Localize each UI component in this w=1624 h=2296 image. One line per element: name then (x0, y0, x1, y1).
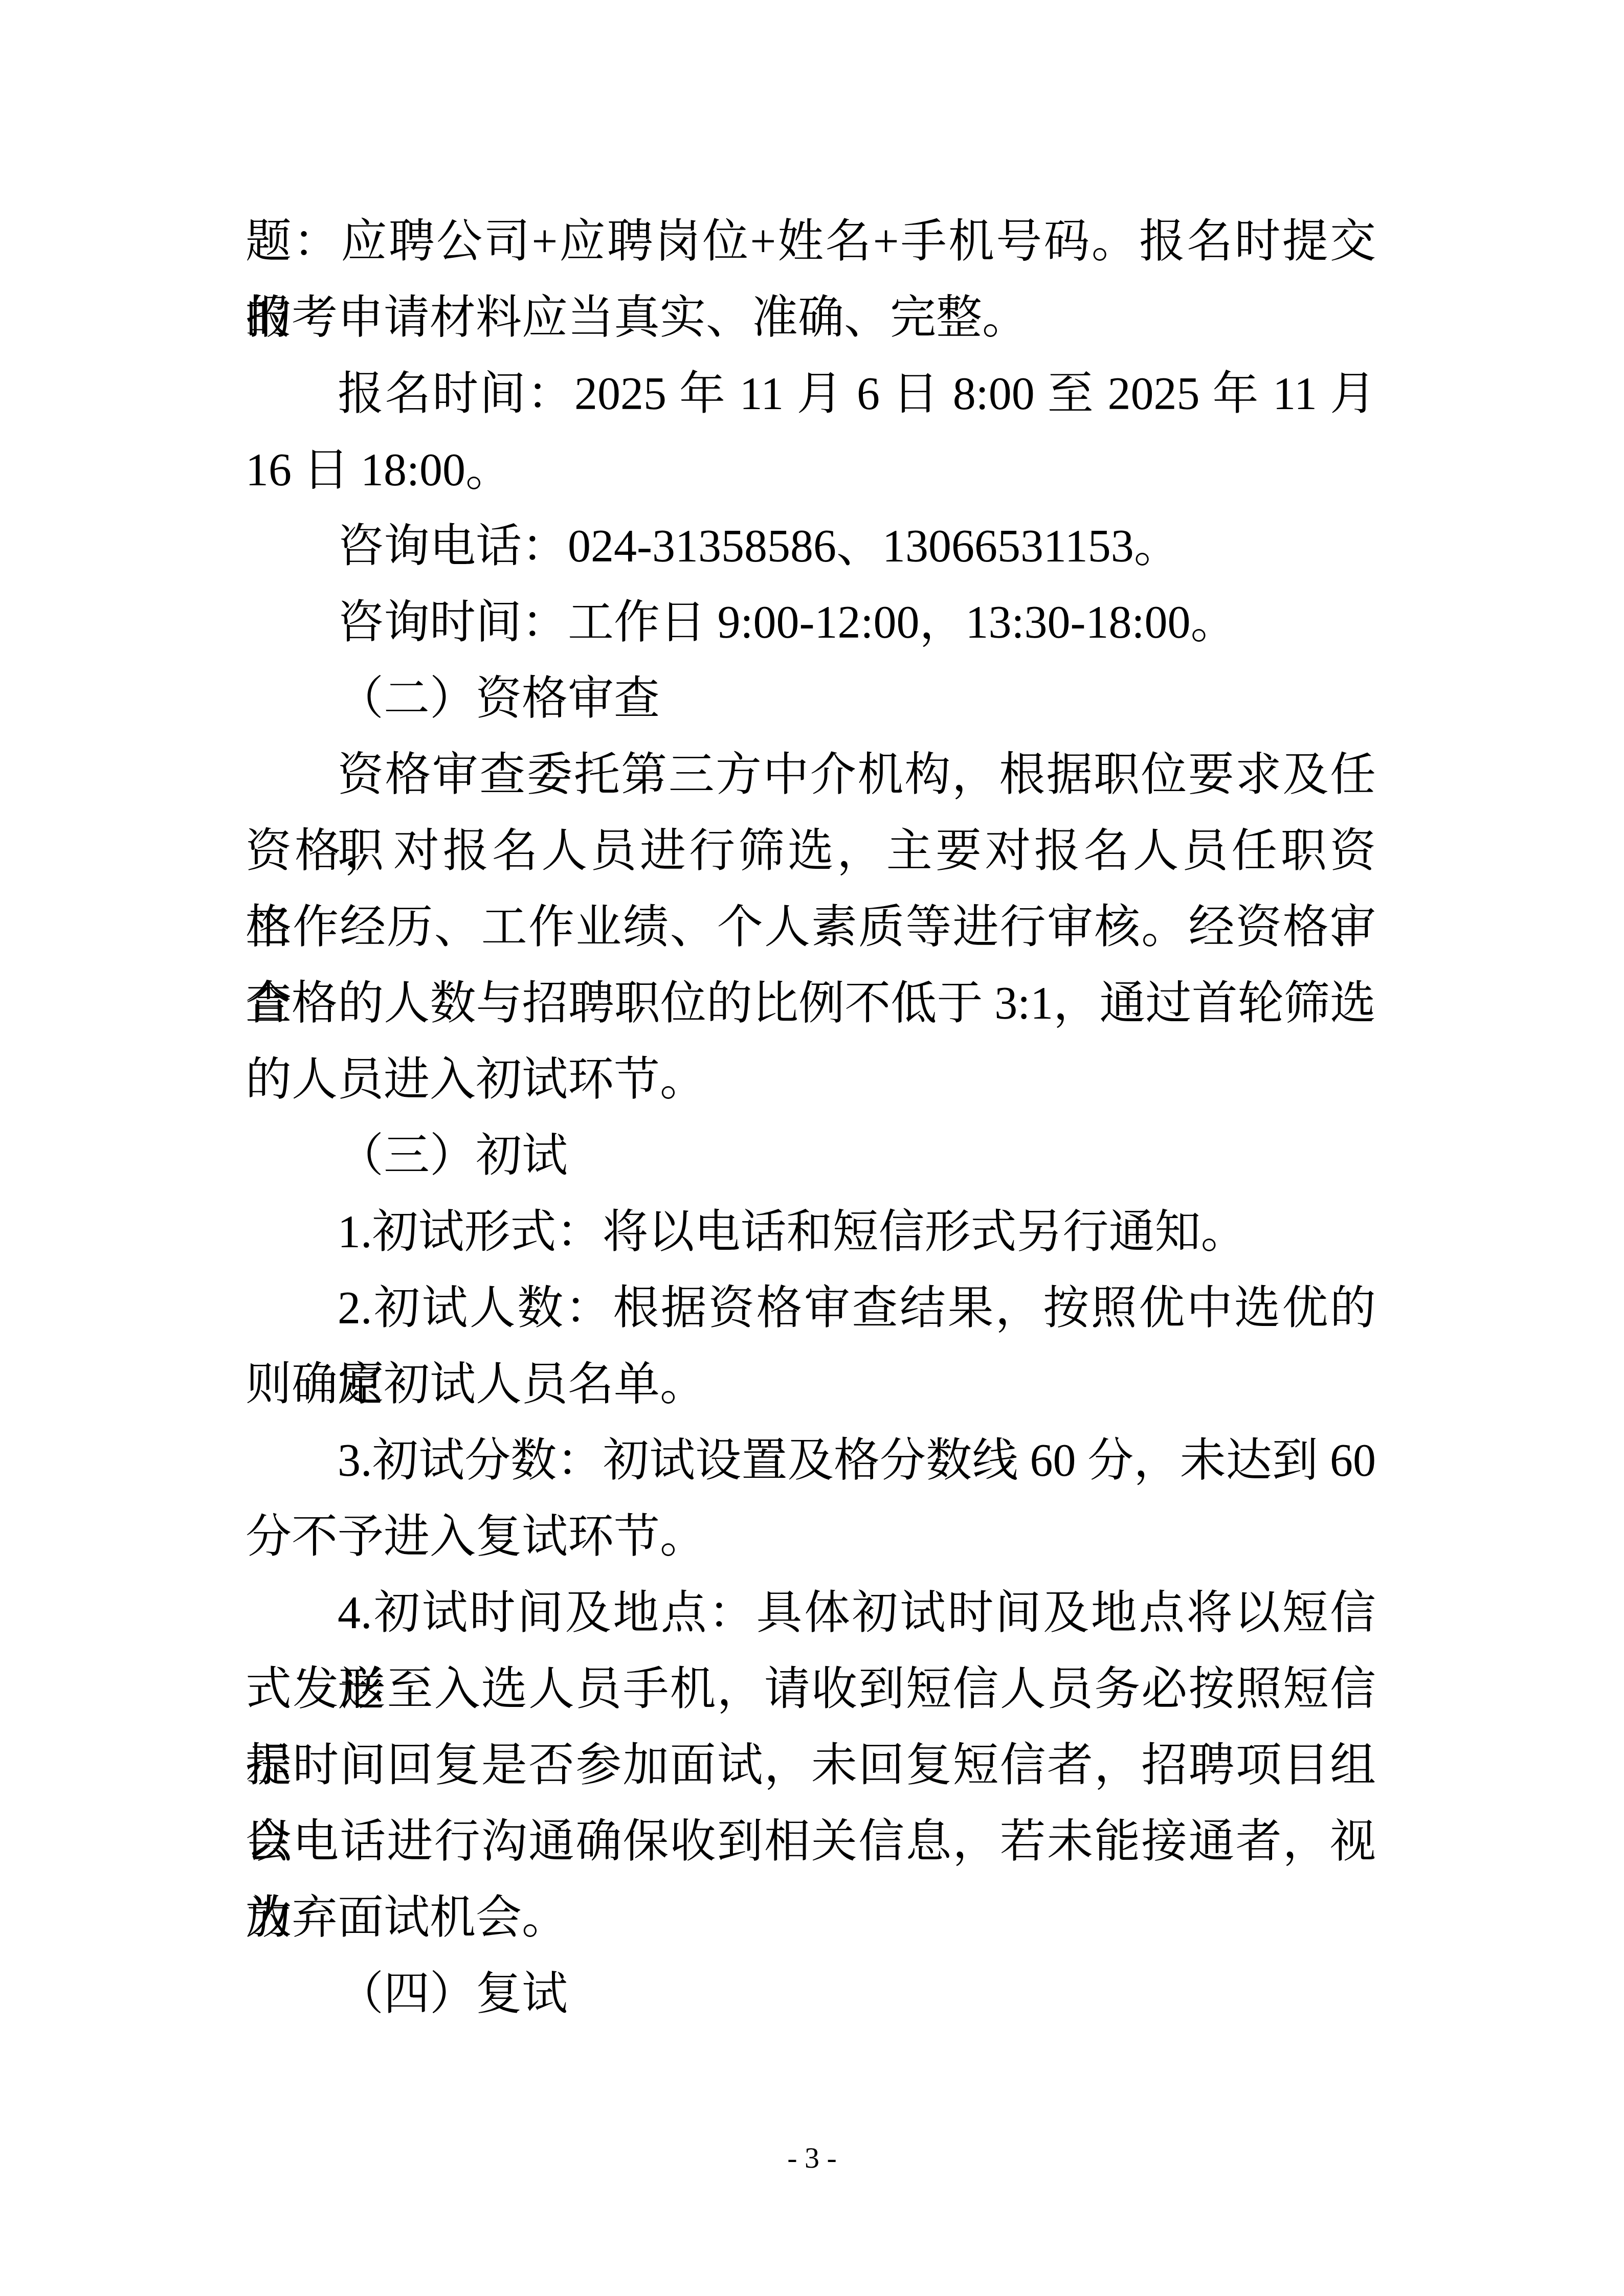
line-first-interview-time-location-5: 放弃面试机会。 (246, 1880, 1376, 1956)
line-consult-phone: 咨询电话：024-31358586、13066531153。 (246, 508, 1376, 584)
line-registration-time: 报名时间：2025 年 11 月 6 日 8:00 至 2025 年 11 月 (246, 356, 1376, 432)
heading-section-3-first-interview: （三）初试 (246, 1118, 1376, 1194)
line-first-interview-count: 2.初试人数：根据资格审查结果，按照优中选优的原 (246, 1270, 1376, 1346)
heading-section-4-second-interview: （四）复试 (246, 1956, 1376, 2032)
document-body: 题：应聘公司+应聘岗位+姓名+手机号码。报名时提交的 报考申请材料应当真实、准确… (246, 204, 1376, 2032)
line-registration-time-2: 16 日 18:00。 (246, 432, 1376, 508)
line-application-materials: 报考申请材料应当真实、准确、完整。 (246, 280, 1376, 356)
line-qualification-review-4: 合格的人数与招聘职位的比例不低于 3:1，通过首轮筛选 (246, 965, 1376, 1042)
line-qualification-review-1: 资格审查委托第三方中介机构，根据职位要求及任职 (246, 737, 1376, 813)
line-email-subject-continued: 题：应聘公司+应聘岗位+姓名+手机号码。报名时提交的 (246, 204, 1376, 280)
line-first-interview-format: 1.初试形式：将以电话和短信形式另行通知。 (246, 1194, 1376, 1270)
line-first-interview-time-location-4: 以电话进行沟通确保收到相关信息，若未能接通者，视为 (246, 1804, 1376, 1880)
heading-section-2-qualification-review: （二）资格审查 (246, 661, 1376, 737)
line-first-interview-count-2: 则确定初试人员名单。 (246, 1346, 1376, 1423)
line-first-interview-time-location-3: 示时间回复是否参加面试，未回复短信者，招聘项目组会 (246, 1727, 1376, 1804)
line-qualification-review-2: 资格，对报名人员进行筛选，主要对报名人员任职资格、 (246, 813, 1376, 889)
line-first-interview-time-location-1: 4.初试时间及地点：具体初试时间及地点将以短信形 (246, 1575, 1376, 1651)
line-first-interview-score-2: 分不予进入复试环节。 (246, 1499, 1376, 1575)
line-qualification-review-3: 工作经历、工作业绩、个人素质等进行审核。经资格审查 (246, 889, 1376, 965)
page-number: - 3 - (0, 2137, 1624, 2178)
line-consult-hours: 咨询时间：工作日 9:00-12:00，13:30-18:00。 (246, 584, 1376, 661)
line-first-interview-score: 3.初试分数：初试设置及格分数线 60 分，未达到 60 (246, 1423, 1376, 1499)
line-first-interview-time-location-2: 式发送至入选人员手机，请收到短信人员务必按照短信提 (246, 1651, 1376, 1727)
line-qualification-review-5: 的人员进入初试环节。 (246, 1042, 1376, 1118)
document-page: 题：应聘公司+应聘岗位+姓名+手机号码。报名时提交的 报考申请材料应当真实、准确… (0, 0, 1624, 2296)
